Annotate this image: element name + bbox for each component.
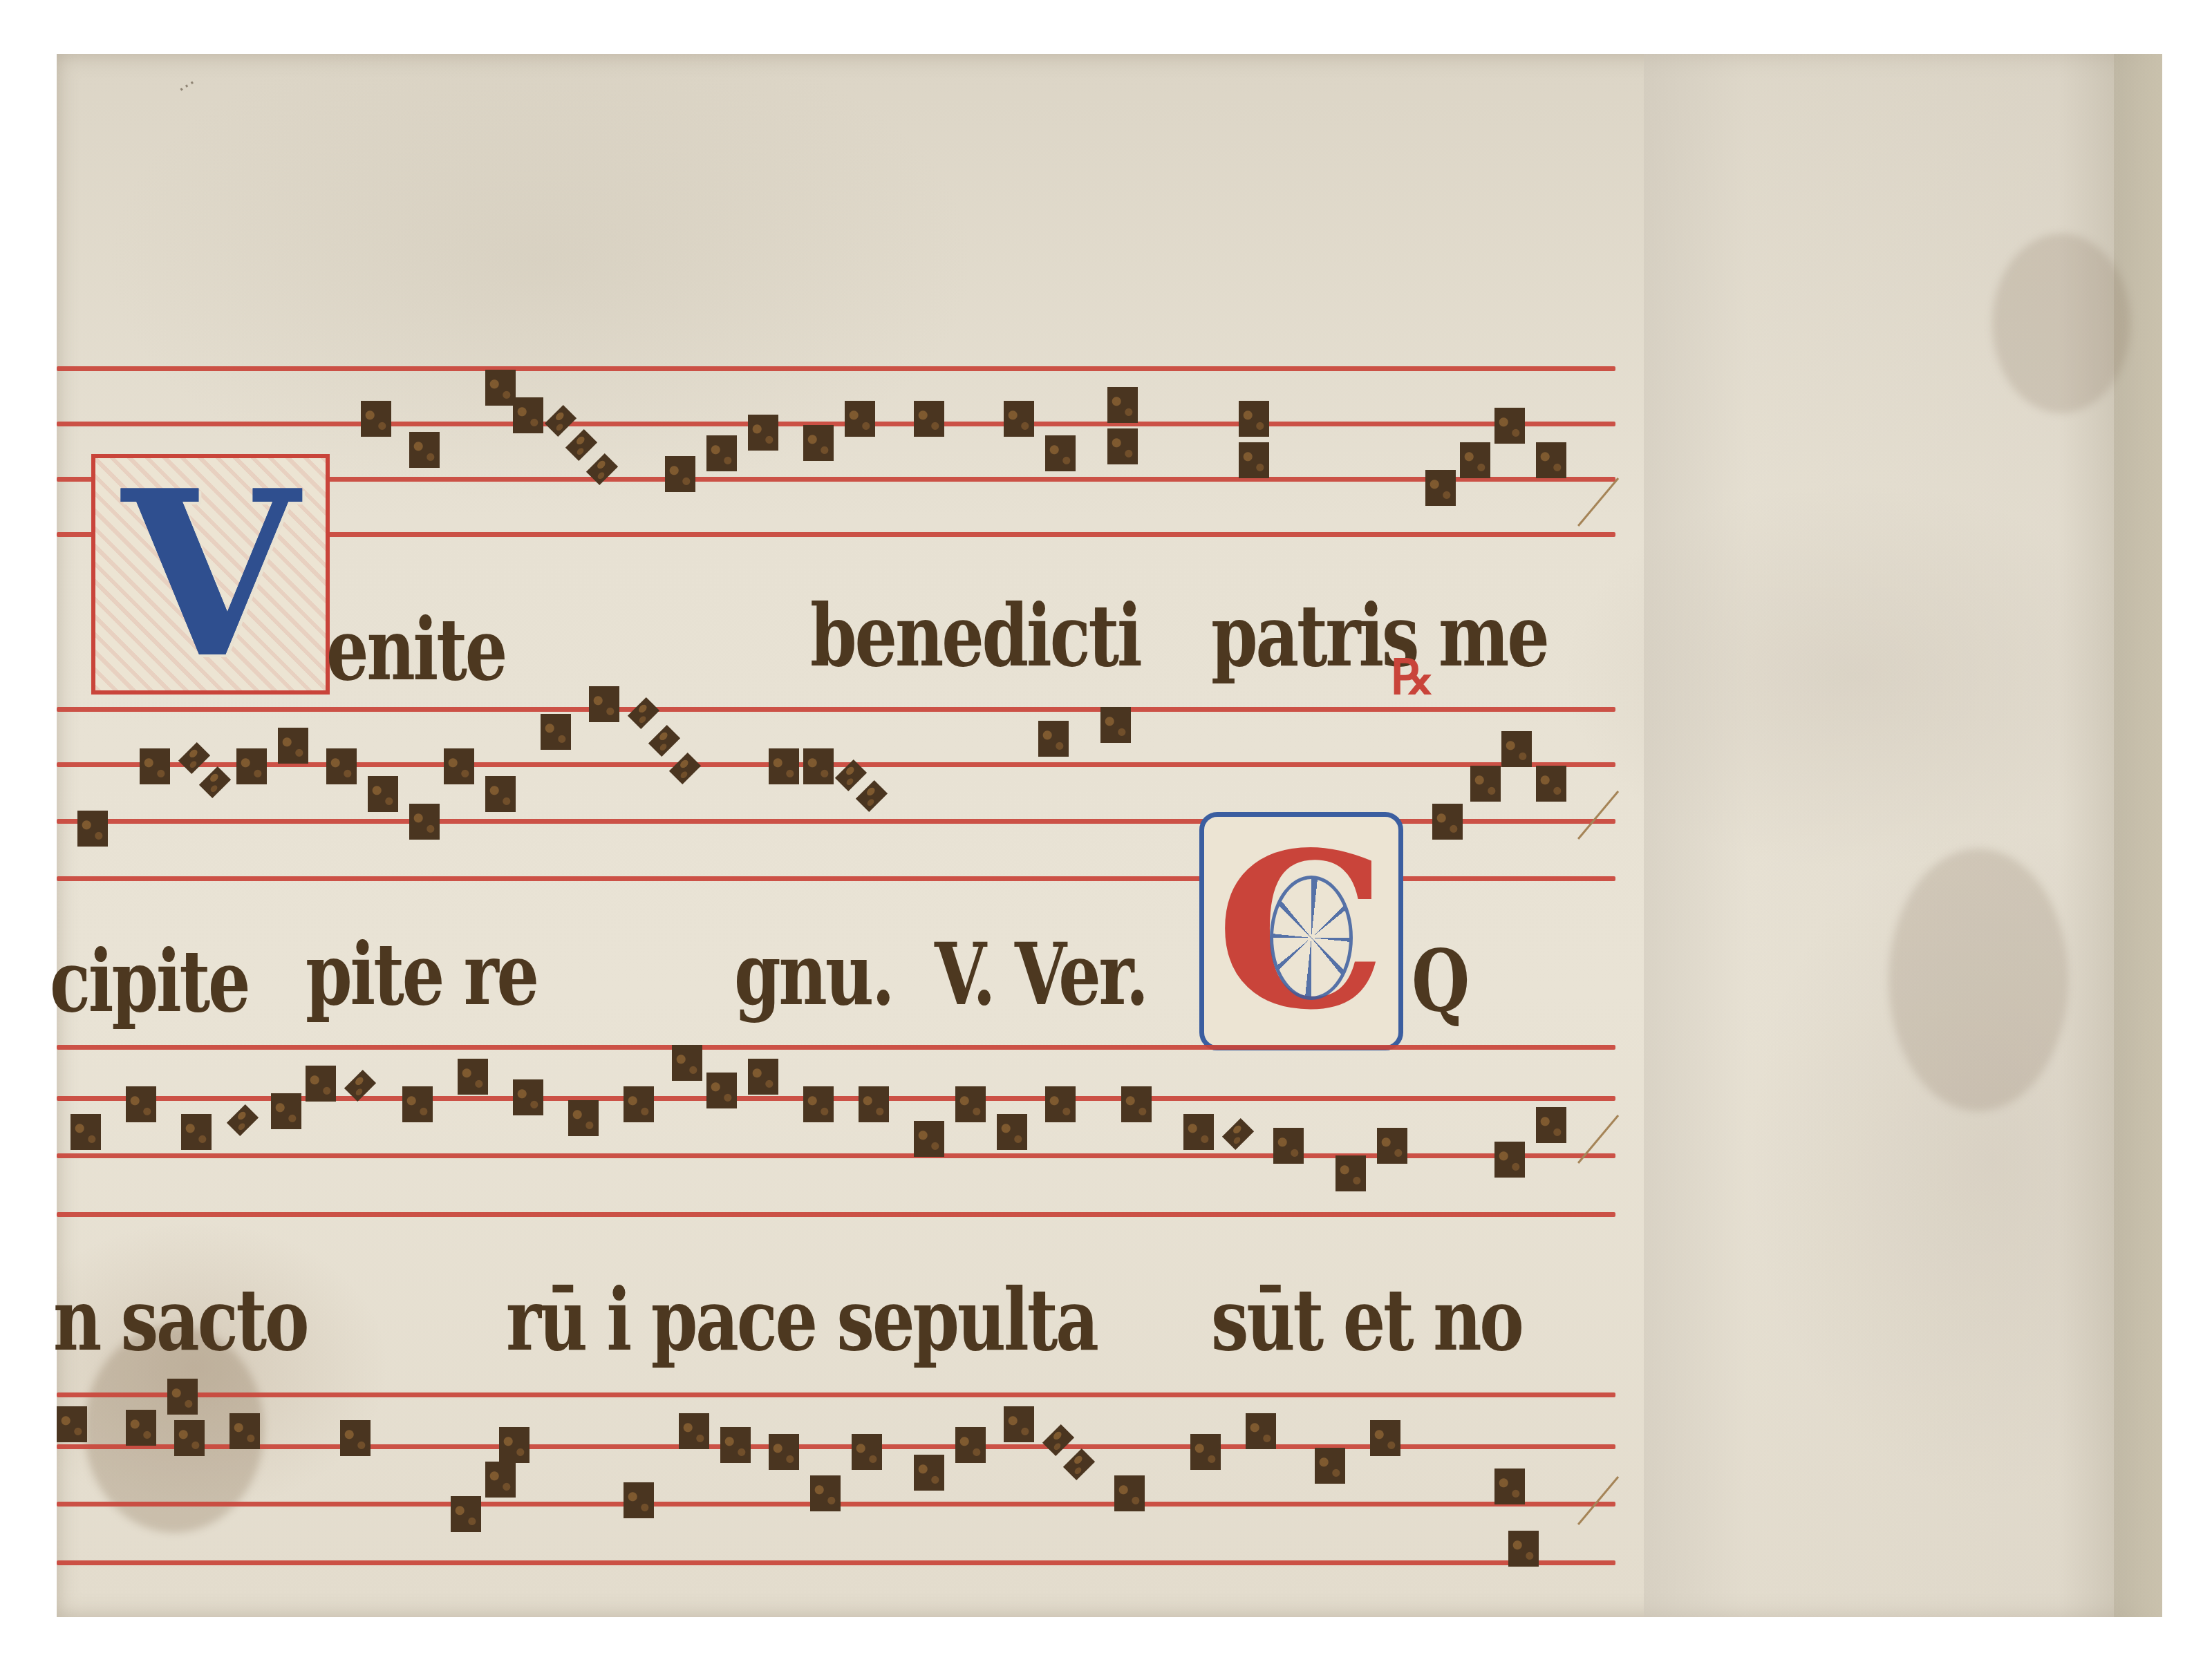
neume: [1432, 804, 1463, 840]
neume: [589, 686, 619, 722]
neume: [769, 1434, 799, 1470]
neume: [955, 1086, 986, 1122]
neume: [174, 1420, 205, 1456]
initial-v-letter: V: [122, 460, 299, 688]
rhombus-neume: [669, 753, 701, 784]
neume: [1004, 1406, 1034, 1442]
neume: [748, 1059, 778, 1095]
custos-stroke: [1577, 791, 1619, 840]
neume: [444, 748, 474, 784]
neume: [803, 748, 834, 784]
neume: [997, 1114, 1027, 1150]
neume: [914, 401, 944, 437]
rhombus-neume: [178, 742, 210, 774]
neume: [748, 415, 778, 451]
responsory-sign: ℞: [1391, 648, 1434, 706]
neume: [167, 1379, 198, 1415]
rhombus-neume: [1063, 1448, 1095, 1480]
neume: [513, 397, 543, 433]
neume: [181, 1114, 212, 1150]
neume: [624, 1086, 654, 1122]
water-stain: [1992, 234, 2130, 413]
staff-line: [57, 1392, 1615, 1397]
neume: [679, 1413, 709, 1449]
neume: [568, 1100, 599, 1136]
neume: [236, 748, 267, 784]
neume: [1239, 442, 1269, 478]
neume: [458, 1059, 488, 1095]
neume: [706, 1073, 737, 1108]
neume: [541, 714, 571, 750]
illuminated-initial-c: C: [1199, 812, 1403, 1050]
neume: [1335, 1155, 1366, 1191]
neume: [1470, 766, 1501, 802]
pencil-annotation: ···: [173, 71, 200, 100]
neume: [1100, 707, 1131, 743]
neume: [485, 776, 516, 812]
neume: [271, 1093, 301, 1129]
neume: [326, 748, 357, 784]
lyric-line1-word3: patris me: [1211, 586, 1548, 686]
neume: [409, 432, 440, 468]
neume: [914, 1121, 944, 1157]
neume: [409, 804, 440, 840]
neume: [1190, 1434, 1221, 1470]
rosette-ornament-icon: [1270, 876, 1353, 1000]
neume: [624, 1482, 654, 1518]
neume: [1121, 1086, 1152, 1122]
neume: [126, 1410, 156, 1446]
staff-line: [57, 422, 1615, 426]
neume: [1494, 1142, 1525, 1178]
lyric-line2-word3: gnu.: [734, 925, 892, 1025]
rhombus-neume: [227, 1104, 259, 1136]
neume: [810, 1475, 841, 1511]
neume: [1536, 766, 1566, 802]
neume: [229, 1413, 260, 1449]
lyric-line2-word5: Q: [1412, 932, 1468, 1032]
neume: [803, 1086, 834, 1122]
neume: [720, 1427, 751, 1463]
rhombus-neume: [628, 697, 659, 729]
neume: [706, 435, 737, 471]
neume: [1536, 1107, 1566, 1143]
lyric-line2-word2: pite re: [306, 925, 537, 1025]
staff-line: [57, 1212, 1615, 1217]
neume: [278, 728, 308, 764]
neume: [803, 425, 834, 461]
neume: [1273, 1128, 1304, 1164]
neume: [361, 401, 391, 437]
manuscript-leaf: ··· V enite benedicti patr: [57, 54, 2162, 1617]
neume: [126, 1086, 156, 1122]
neume: [1107, 387, 1138, 423]
rhombus-neume: [856, 780, 888, 812]
neume: [513, 1079, 543, 1115]
neume: [340, 1420, 371, 1456]
neume: [1501, 731, 1532, 767]
neume: [451, 1496, 481, 1532]
neume: [57, 1406, 87, 1442]
neume: [1508, 1531, 1539, 1567]
rhombus-neume: [1042, 1424, 1074, 1456]
custos-stroke: [1577, 1476, 1619, 1525]
neume: [672, 1045, 702, 1081]
neume: [1114, 1475, 1145, 1511]
neume: [852, 1434, 882, 1470]
neume: [1045, 435, 1076, 471]
neume: [1038, 721, 1069, 757]
staff-3: [57, 1045, 1615, 1218]
neume: [1460, 442, 1490, 478]
neume: [859, 1086, 889, 1122]
staff-line: [57, 366, 1615, 371]
lyric-line2-word4: V. Ver.: [935, 925, 1147, 1025]
lyric-line3-word2: rū i pace sepulta: [506, 1270, 1097, 1370]
neume: [402, 1086, 433, 1122]
neume: [914, 1455, 944, 1491]
neume: [485, 370, 516, 406]
lyric-line1-word2: benedicti: [810, 586, 1141, 686]
neume: [1183, 1114, 1214, 1150]
lyric-line3-word1: n sacto: [53, 1270, 307, 1370]
neume: [499, 1427, 529, 1463]
rhombus-neume: [565, 429, 597, 461]
staff-line: [57, 707, 1615, 712]
neume: [955, 1427, 986, 1463]
rhombus-neume: [648, 725, 680, 757]
neume: [1246, 1413, 1276, 1449]
neume: [845, 401, 875, 437]
neume: [140, 748, 170, 784]
neume: [368, 776, 398, 812]
neume: [71, 1114, 101, 1150]
neume: [1370, 1420, 1400, 1456]
neume: [306, 1066, 336, 1102]
neume: [1377, 1128, 1407, 1164]
neume: [77, 811, 108, 847]
lyric-line2-word1: cipite: [50, 932, 249, 1032]
staff-line: [57, 1560, 1615, 1565]
staff-line: [57, 1045, 1615, 1050]
rhombus-neume: [199, 766, 231, 798]
neume: [665, 456, 695, 492]
neume: [1045, 1086, 1076, 1122]
neume: [769, 748, 799, 784]
neume: [1107, 428, 1138, 464]
neume: [1004, 401, 1034, 437]
neume: [1494, 1469, 1525, 1504]
staff-4: [57, 1392, 1615, 1565]
water-stain: [1888, 849, 2068, 1111]
neume: [1494, 408, 1525, 444]
rhombus-neume: [1222, 1118, 1254, 1150]
rhombus-neume: [545, 405, 577, 437]
lyric-line3-word3: sūt et no: [1211, 1270, 1522, 1370]
illuminated-initial-v: V: [91, 454, 330, 695]
neume: [1425, 470, 1456, 506]
neume: [1315, 1448, 1345, 1484]
neume: [1536, 442, 1566, 478]
neume: [485, 1462, 516, 1498]
custos-stroke: [1577, 478, 1619, 527]
lyric-line1-word1: enite: [326, 600, 505, 700]
neume: [1239, 401, 1269, 437]
